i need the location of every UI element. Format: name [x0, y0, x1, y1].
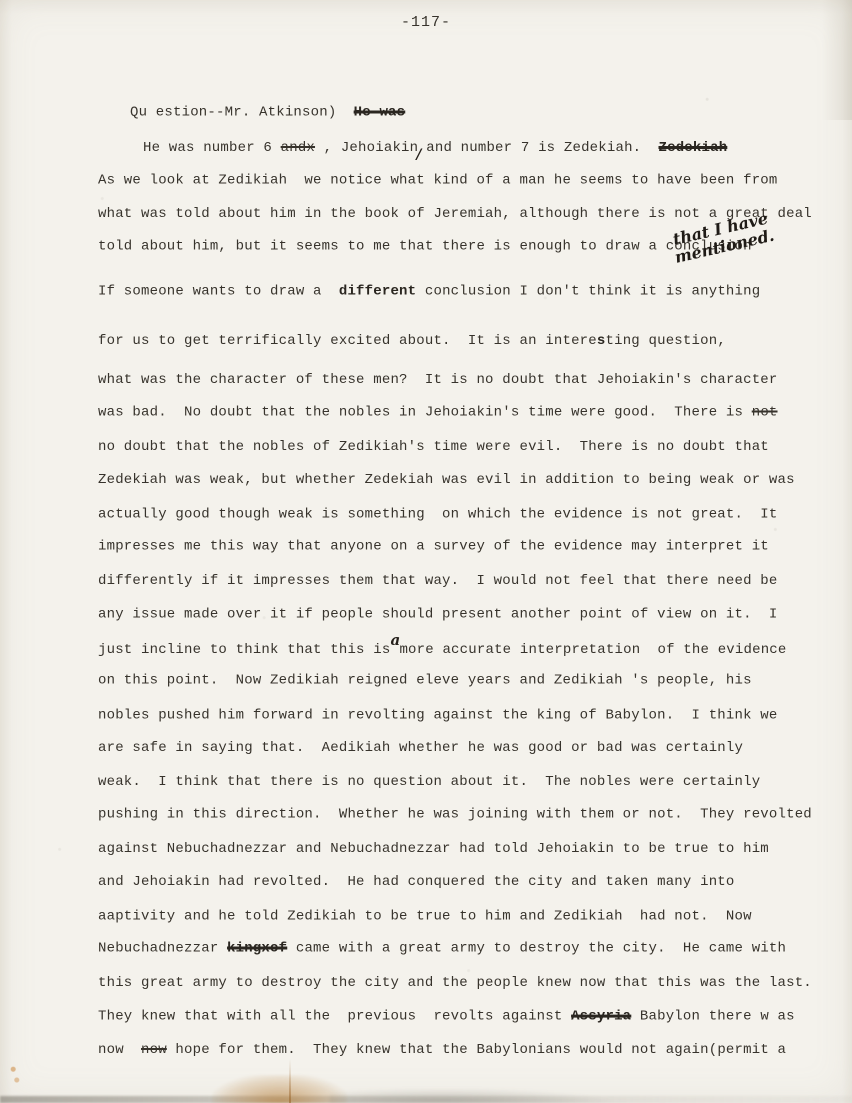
typed-text: Qu estion--Mr. Atkinson) [130, 105, 354, 121]
rust-stain [212, 1075, 347, 1103]
typed-text: what was told about him in the book of J… [98, 206, 812, 222]
struck-overtyped-text: kingxof [227, 941, 287, 957]
typed-text: Zedekiah was weak, but whether Zedekiah … [98, 472, 795, 488]
typed-line: Nebuchadnezzar kingxof came with a great… [98, 933, 822, 967]
struck-overtyped-text: He was [354, 105, 406, 121]
typed-text: They knew that with all the previous rev… [98, 1009, 571, 1025]
typed-text: no doubt that the nobles of Zedikiah's t… [98, 439, 769, 455]
typed-text: Babylon there w as [631, 1009, 794, 1025]
typed-line: no doubt that the nobles of Zedikiah's t… [98, 431, 822, 465]
typed-text: now [98, 1042, 141, 1058]
struck-text: now [141, 1042, 167, 1058]
typed-text: any issue made over it if people should … [98, 607, 778, 623]
typed-line: just incline to think that this isamore … [98, 632, 822, 666]
struck-text: not [752, 405, 778, 421]
typed-text: and number 7 is Zedekiah. [426, 140, 658, 156]
rust-hairline-stain [289, 1059, 291, 1103]
gray-smudge-stain [330, 1089, 610, 1103]
scanned-page: -117- Qu estion--Mr. Atkinson) He wasHe … [0, 0, 852, 1103]
typed-line: He was number 6 andx , Jehoiakin/and num… [98, 131, 822, 165]
struck-overtyped-text: Assyria [571, 1009, 631, 1025]
typed-text: hope for them. They knew that the Babylo… [167, 1042, 786, 1058]
typed-line: for us to get terrifically excited about… [98, 325, 822, 359]
typed-text: are safe in saying that. Aedikiah whethe… [98, 740, 743, 756]
typed-text: actually good though weak is something o… [98, 506, 778, 522]
typed-line: If someone wants to draw a different con… [98, 275, 822, 309]
typed-line: any issue made over it if people should … [98, 599, 822, 633]
typed-text: aaptivity and he told Zedikiah to be tru… [98, 908, 752, 924]
page-number: -117- [0, 14, 852, 31]
typed-text: this great army to destroy the city and … [98, 975, 812, 991]
typed-line: this great army to destroy the city and … [98, 967, 822, 1001]
typed-text: He was number 6 [143, 140, 281, 156]
typed-line: on this point. Now Zedikiah reigned elev… [98, 665, 822, 699]
typed-text: on this point. Now Zedikiah reigned elev… [98, 673, 752, 689]
typed-line: Zedekiah was weak, but whether Zedekiah … [98, 464, 822, 498]
overtyped-bold-text: s [597, 333, 606, 349]
typed-text: If someone wants to draw a [98, 283, 339, 299]
typed-text: and Jehoiakin had revolted. He had conqu… [98, 874, 735, 890]
typed-text: nobles pushed him forward in revolting a… [98, 707, 778, 723]
typed-text: Nebuchadnezzar [98, 941, 227, 957]
typed-line: and Jehoiakin had revolted. He had conqu… [98, 866, 822, 900]
typed-text: conclusion I don't think it is anything [416, 283, 760, 299]
typed-text: ting question, [606, 333, 726, 349]
typed-line: As we look at Zedikiah we notice what ki… [98, 165, 822, 199]
typed-line: what was the character of these men? It … [98, 364, 822, 398]
typed-line: aaptivity and he told Zedikiah to be tru… [98, 900, 822, 934]
typed-line: now now hope for them. They knew that th… [98, 1034, 822, 1068]
typed-line: differently if it impresses them that wa… [98, 565, 822, 599]
typed-text: came with a great army to destroy the ci… [287, 941, 786, 957]
typed-line: was bad. No doubt that the nobles in Jeh… [98, 397, 822, 431]
typed-text: pushing in this direction. Whether he wa… [98, 807, 812, 823]
typed-text: As we look at Zedikiah we notice what ki… [98, 173, 778, 189]
typed-text: , Jehoiakin [315, 140, 418, 156]
typed-line: They knew that with all the previous rev… [98, 1001, 822, 1035]
overtyped-bold-text: different [339, 283, 416, 299]
typed-text: weak. I think that there is no question … [98, 774, 760, 790]
typed-text: was bad. No doubt that the nobles in Jeh… [98, 405, 752, 421]
typed-text: what was the character of these men? It … [98, 372, 778, 388]
struck-text: andx [281, 140, 315, 156]
typed-line: pushing in this direction. Whether he wa… [98, 799, 822, 833]
right-edge-shade [822, 0, 852, 120]
typed-line: against Nebuchadnezzar and Nebuchadnezza… [98, 833, 822, 867]
typed-text: impresses me this way that anyone on a s… [98, 539, 769, 555]
typed-line: actually good though weak is something o… [98, 498, 822, 531]
typed-text: against Nebuchadnezzar and Nebuchadnezza… [98, 841, 769, 857]
typed-text: for us to get terrifically excited about… [98, 333, 597, 349]
left-edge-spots [6, 1062, 24, 1086]
struck-overtyped-text: Zedekiah [659, 140, 728, 156]
typed-line: are safe in saying that. Aedikiah whethe… [98, 732, 822, 766]
typed-line: impresses me this way that anyone on a s… [98, 531, 822, 565]
typed-text: just incline to think that this is [98, 642, 390, 658]
typed-text: differently if it impresses them that wa… [98, 573, 778, 589]
handwritten-letter-insert: a [390, 624, 399, 658]
typed-line: nobles pushed him forward in revolting a… [98, 699, 822, 733]
typed-line: weak. I think that there is no question … [98, 766, 822, 800]
typed-text: more accurate interpretation of the evid… [399, 642, 786, 658]
typed-line: Qu estion--Mr. Atkinson) He was [98, 97, 822, 131]
